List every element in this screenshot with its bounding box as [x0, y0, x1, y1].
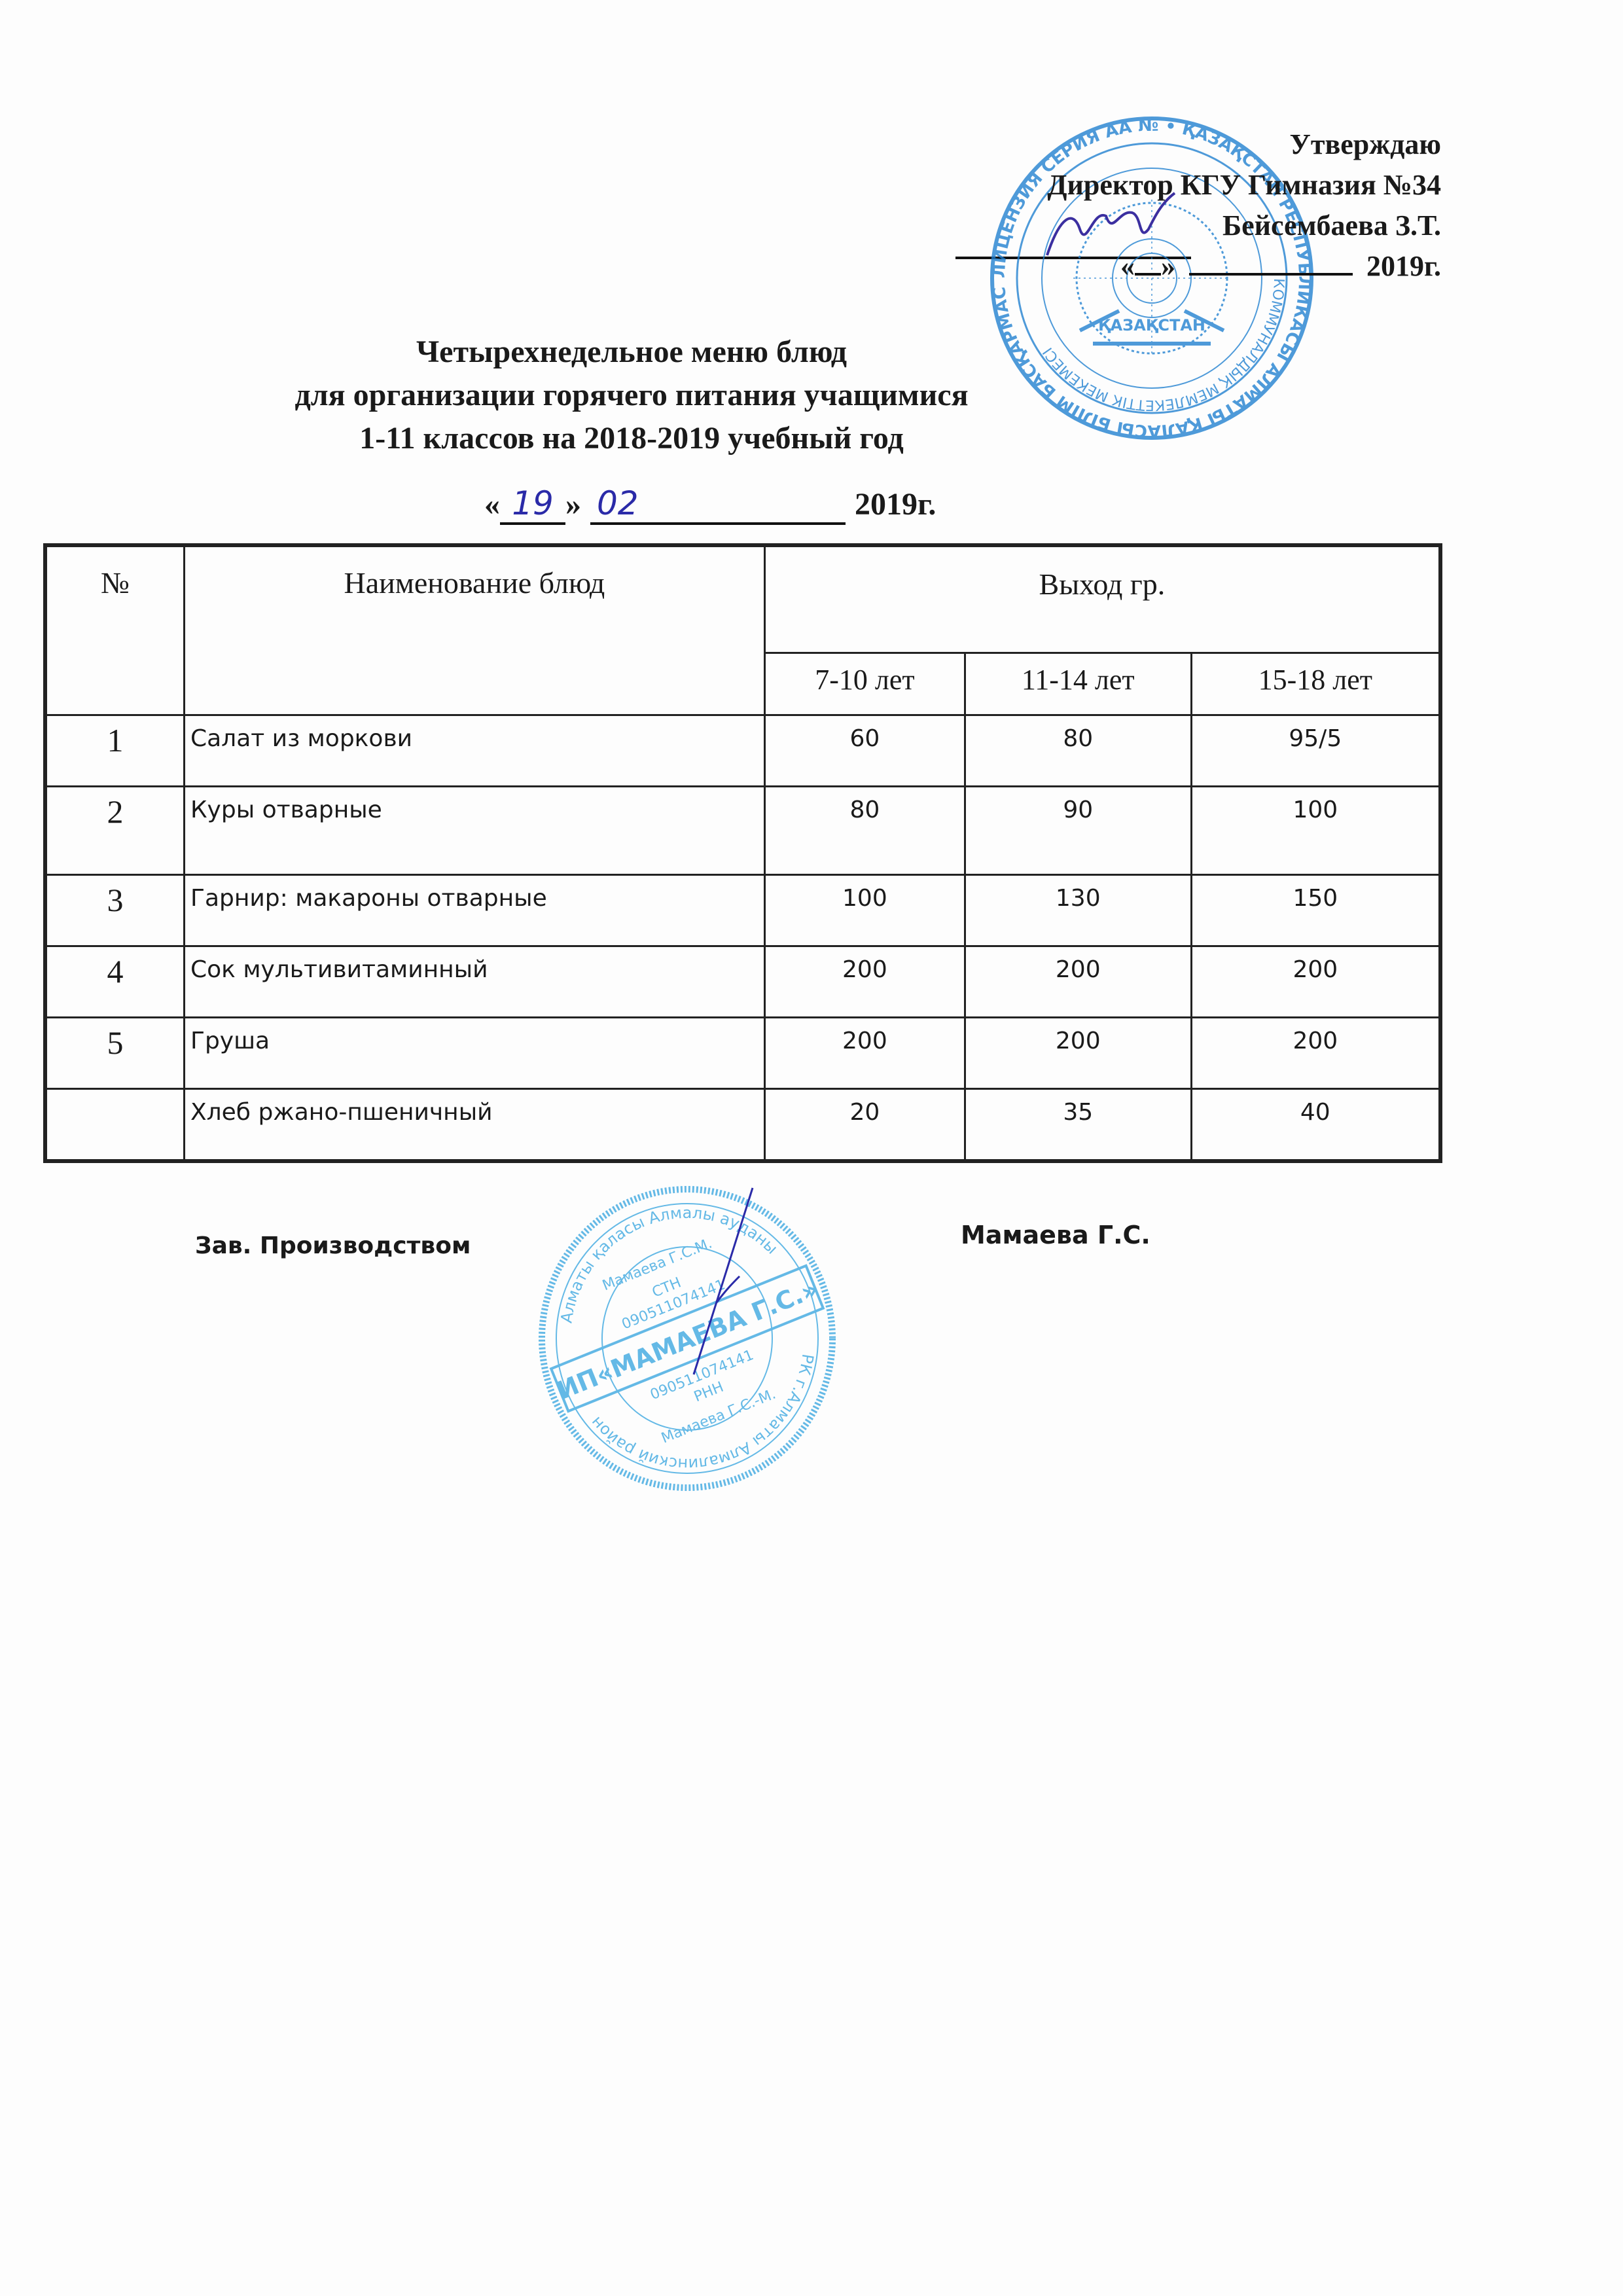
row-number: 2	[45, 787, 184, 875]
production-head-label: Зав. Производством	[195, 1232, 471, 1259]
row-number	[45, 1089, 184, 1162]
portion-11-14: 200	[965, 1018, 1191, 1089]
approval-heading: Утверждаю	[1047, 124, 1441, 165]
table-row: 2 Куры отварные 80 90 100	[45, 787, 1440, 875]
table-row: 5 Груша 200 200 200	[45, 1018, 1440, 1089]
dish-name: Куры отварные	[184, 787, 764, 875]
table-row: Хлеб ржано-пшеничный 20 35 40	[45, 1089, 1440, 1162]
portion-7-10: 200	[764, 946, 965, 1018]
portion-7-10: 200	[764, 1018, 965, 1089]
row-number: 1	[45, 715, 184, 787]
title-line-1: Четырехнедельное меню блюд	[262, 331, 1001, 374]
header-age-15-18: 15-18 лет	[1191, 653, 1440, 715]
table-row: 3 Гарнир: макароны отварные 100 130 150	[45, 875, 1440, 946]
portion-15-18: 100	[1191, 787, 1440, 875]
portion-7-10: 20	[764, 1089, 965, 1162]
row-number: 4	[45, 946, 184, 1018]
portion-7-10: 100	[764, 875, 965, 946]
portion-15-18: 40	[1191, 1089, 1440, 1162]
portion-11-14: 35	[965, 1089, 1191, 1162]
svg-text:ҚАЗАҚСТАН: ҚАЗАҚСТАН	[1098, 316, 1205, 334]
dish-name: Гарнир: макароны отварные	[184, 875, 764, 946]
portion-11-14: 130	[965, 875, 1191, 946]
portion-7-10: 60	[764, 715, 965, 787]
date-month-handwritten: 02	[590, 484, 846, 525]
production-head-name: Мамаева Г.С.	[961, 1221, 1150, 1249]
title-line-2: для организации горячего питания учащими…	[262, 374, 1001, 417]
dish-name: Сок мультивитаминный	[184, 946, 764, 1018]
dish-name: Салат из моркови	[184, 715, 764, 787]
portion-11-14: 200	[965, 946, 1191, 1018]
portion-15-18: 200	[1191, 946, 1440, 1018]
portion-11-14: 90	[965, 787, 1191, 875]
portion-11-14: 80	[965, 715, 1191, 787]
portion-7-10: 80	[764, 787, 965, 875]
table-row: 4 Сок мультивитаминный 200 200 200	[45, 946, 1440, 1018]
portion-15-18: 95/5	[1191, 715, 1440, 787]
portion-15-18: 200	[1191, 1018, 1440, 1089]
date-day-handwritten: 19	[500, 484, 565, 525]
table-row: 1 Салат из моркови 60 80 95/5	[45, 715, 1440, 787]
header-dish-name: Наименование блюд	[184, 545, 764, 715]
menu-date: «19»022019г.	[484, 484, 936, 525]
production-head-signature	[654, 1185, 772, 1381]
page-title: Четырехнедельное меню блюд для организац…	[262, 331, 1001, 460]
header-age-7-10: 7-10 лет	[764, 653, 965, 715]
director-signature	[1034, 190, 1178, 268]
menu-table: № Наименование блюд Выход гр. 7-10 лет 1…	[43, 543, 1442, 1163]
header-output: Выход гр.	[764, 545, 1440, 653]
header-number: №	[45, 545, 184, 715]
row-number: 5	[45, 1018, 184, 1089]
header-age-11-14: 11-14 лет	[965, 653, 1191, 715]
portion-15-18: 150	[1191, 875, 1440, 946]
dish-name: Груша	[184, 1018, 764, 1089]
row-number: 3	[45, 875, 184, 946]
title-line-3: 1-11 классов на 2018-2019 учебный год	[262, 417, 1001, 460]
dish-name: Хлеб ржано-пшеничный	[184, 1089, 764, 1162]
